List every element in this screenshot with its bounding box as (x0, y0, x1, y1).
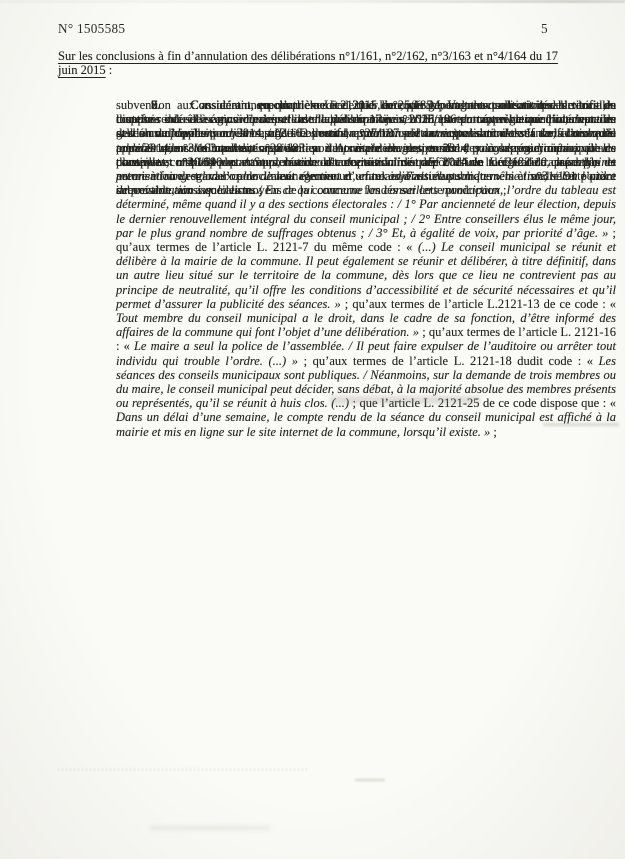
scan-bleedthrough-artifact (150, 826, 270, 830)
text-segment: : (106, 63, 113, 77)
text-segment: ; que l’article L. 2121-25 de ce code di… (349, 396, 616, 410)
scan-edge-artifact (0, 0, 625, 3)
scan-bleedthrough-artifact (355, 779, 385, 781)
page-number: 5 (541, 21, 548, 37)
text-segment: ; (490, 425, 497, 439)
document-body: subvention aux associations pour l’exerc… (58, 49, 558, 91)
text-segment: Sur les conclusions à fin d’annulation d… (58, 49, 558, 77)
text-segment: ; qu’aux termes de l’article L. 2121-18 … (298, 354, 599, 368)
paragraph-number: 9. (151, 98, 160, 112)
page-header: N° 1505585 5 (58, 21, 625, 39)
section-heading: Sur les conclusions à fin d’annulation d… (58, 49, 558, 77)
scanned-document-page: N° 1505585 5 subvention aux associations… (0, 0, 625, 859)
case-number: N° 1505585 (58, 21, 125, 37)
text-segment: ; qu’aux termes de l’article L.2121-13 d… (341, 297, 616, 311)
body-paragraph: 9.Considérant que l’article L. 2121-1 du… (116, 98, 616, 439)
text-segment: I. – Le corps municipal de chaque commun… (116, 112, 616, 240)
text-segment: Dans un délai d’une semaine, le compte r… (116, 410, 616, 438)
scan-bleedthrough-artifact (58, 768, 308, 771)
